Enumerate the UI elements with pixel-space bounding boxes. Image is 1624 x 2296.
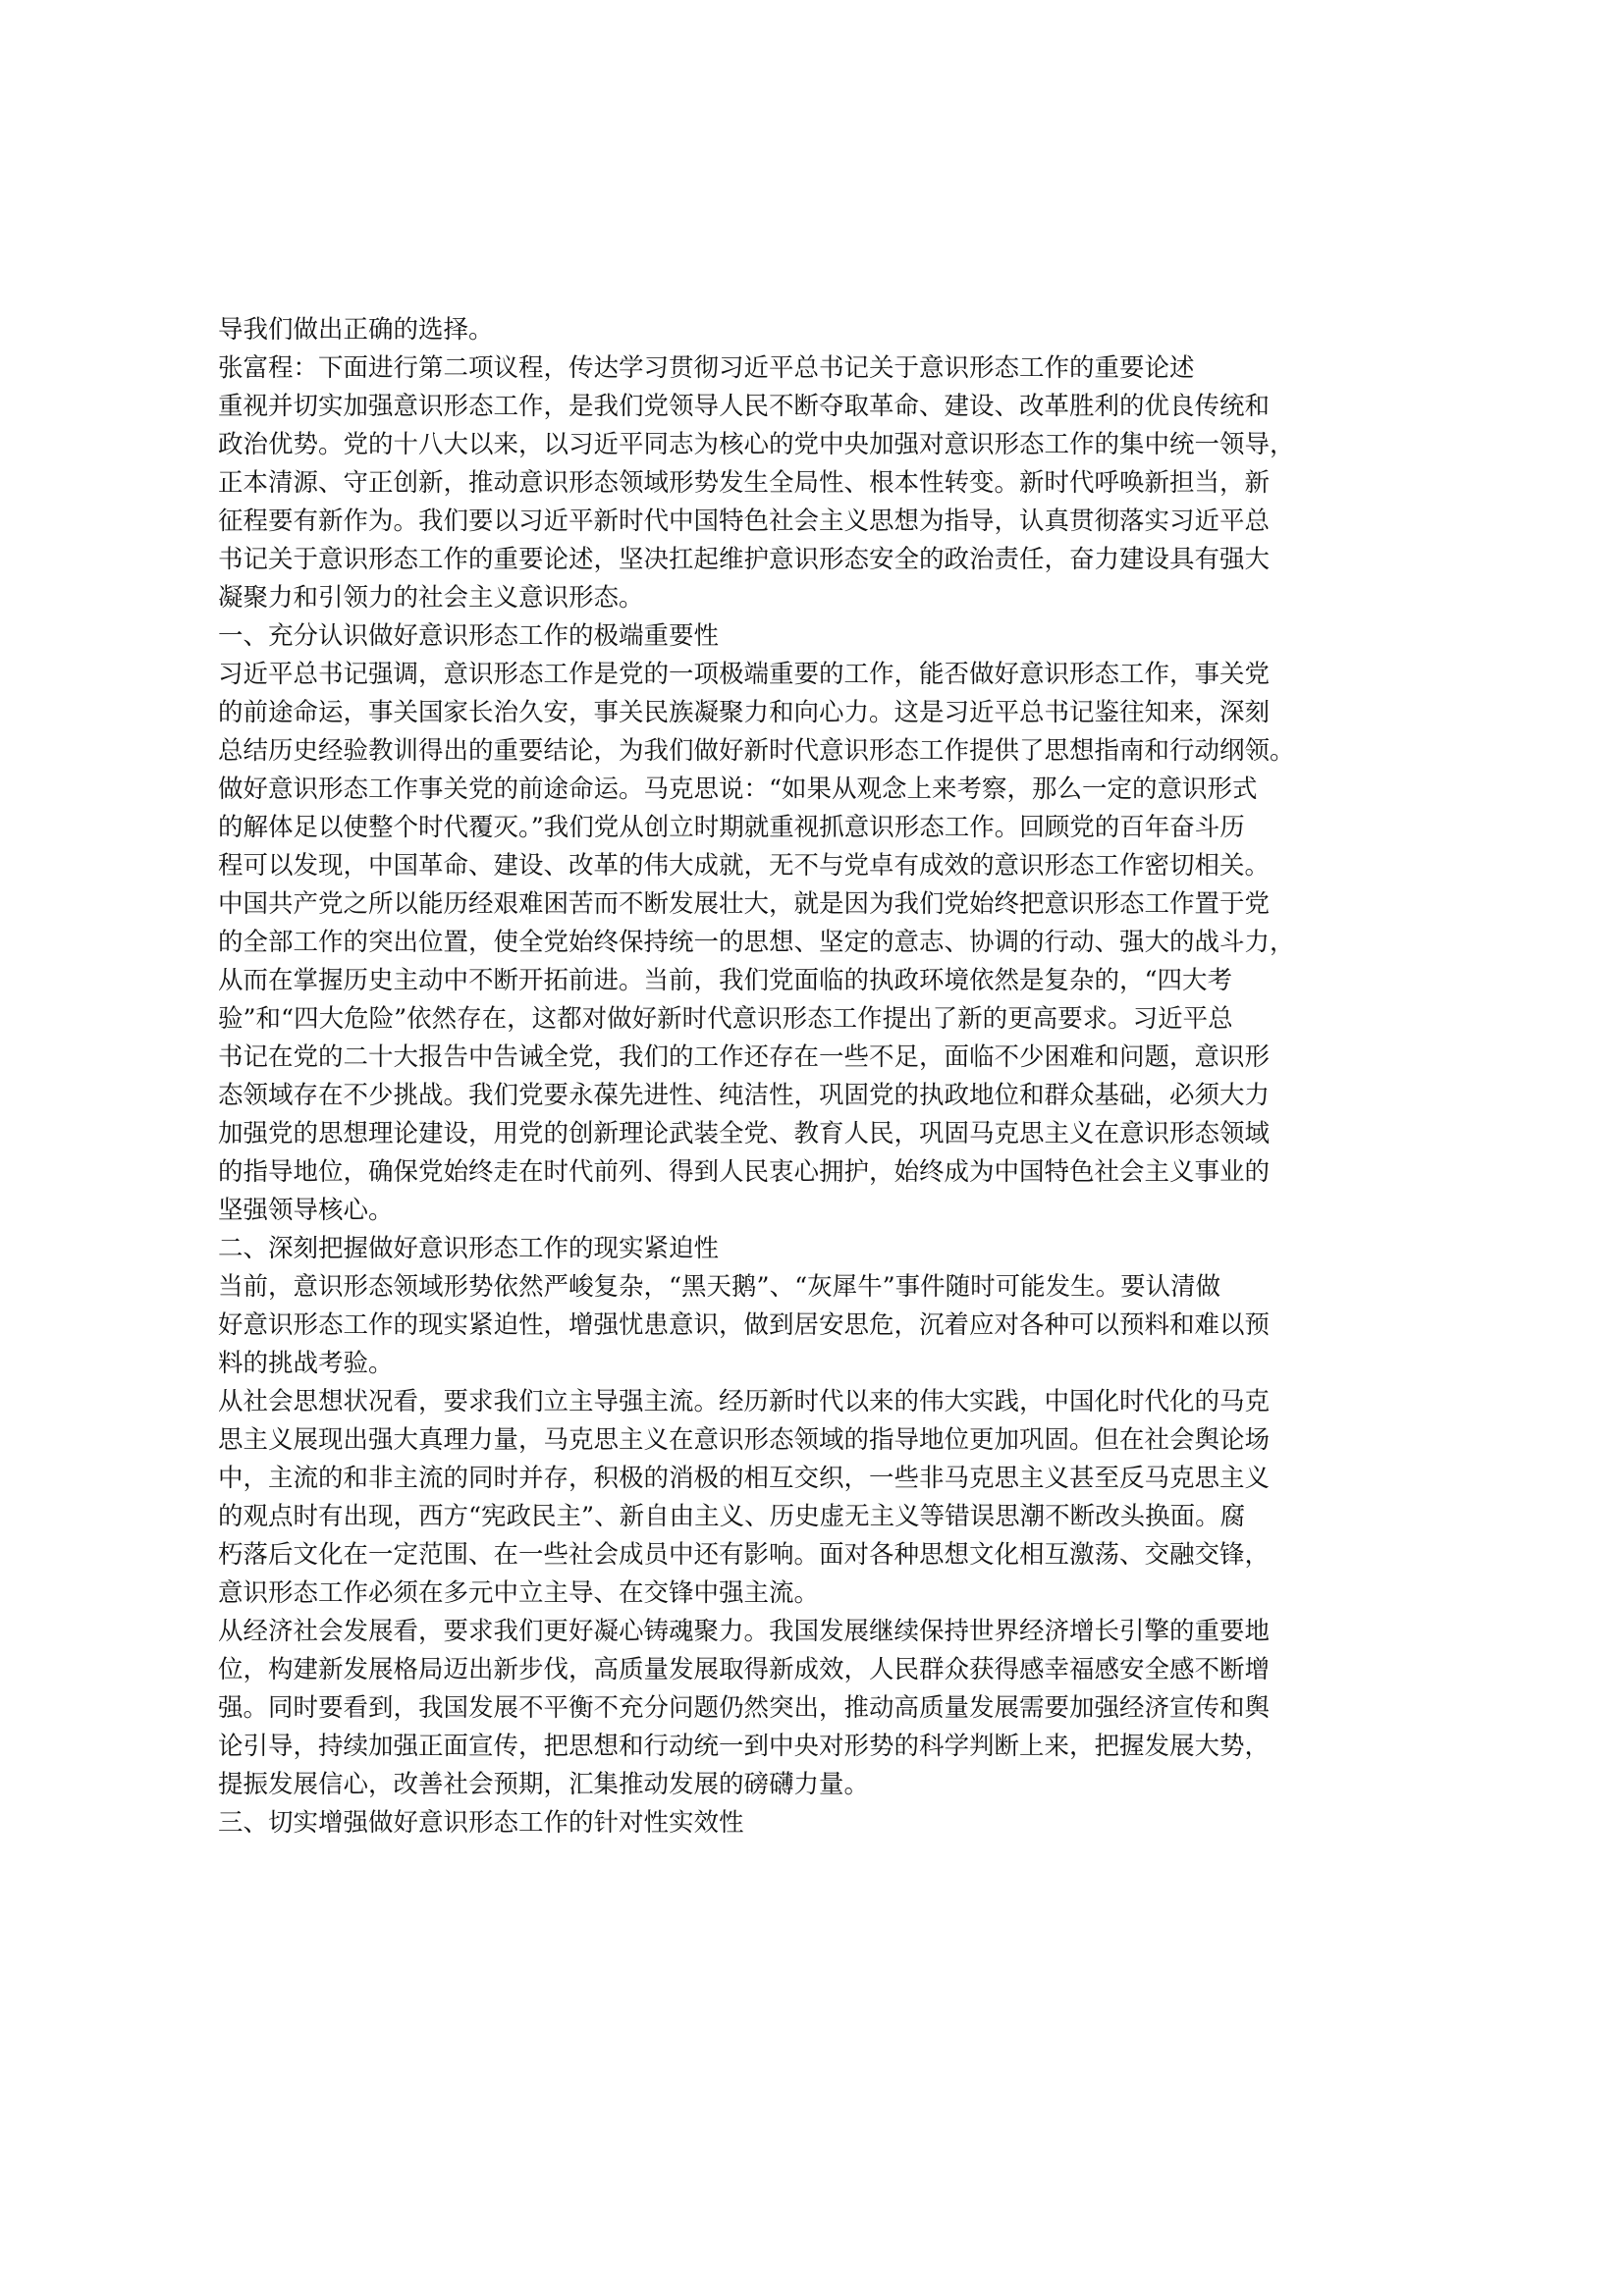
text-line: 书记关于意识形态工作的重要论述，坚决扛起维护意识形态安全的政治责任，奋力建设具有… [218,541,1455,579]
text-line: 程可以发现，中国革命、建设、改革的伟大成就，无不与党卓有成效的意识形态工作密切相… [218,847,1455,885]
text-line: 政治优势。党的十八大以来，以习近平同志为核心的党中央加强对意识形态工作的集中统一… [218,426,1455,464]
text-line: 从社会思想状况看，要求我们立主导强主流。经历新时代以来的伟大实践，中国化时代化的… [218,1383,1455,1421]
text-line: 提振发展信心，改善社会预期，汇集推动发展的磅礴力量。 [218,1766,1455,1804]
text-line: 书记在党的二十大报告中告诫全党，我们的工作还存在一些不足，面临不少困难和问题，意… [218,1039,1455,1077]
text-line: 加强党的思想理论建设，用党的创新理论武装全党、教育人民，巩固马克思主义在意识形态… [218,1115,1455,1153]
text-line: 的前途命运，事关国家长治久安，事关民族凝聚力和向心力。这是习近平总书记鉴往知来，… [218,694,1455,732]
text-line: 态领域存在不少挑战。我们党要永葆先进性、纯洁性，巩固党的执政地位和群众基础，必须… [218,1077,1455,1115]
text-line: 重视并切实加强意识形态工作，是我们党领导人民不断夺取革命、建设、改革胜利的优良传… [218,388,1455,426]
text-line: 位，构建新发展格局迈出新步伐，高质量发展取得新成效，人民群众获得感幸福感安全感不… [218,1651,1455,1689]
speaker-line: 张富程：下面进行第二项议程，传达学习贯彻习近平总书记关于意识形态工作的重要论述 [218,349,1455,388]
text-line: 论引导，持续加强正面宣传，把思想和行动统一到中央对形势的科学判断上来，把握发展大… [218,1728,1455,1766]
section-heading-3: 三、切实增强做好意识形态工作的针对性实效性 [218,1804,1455,1842]
text-line: 坚强领导核心。 [218,1192,1455,1230]
section-heading-1: 一、充分认识做好意识形态工作的极端重要性 [218,617,1455,656]
text-line: 凝聚力和引领力的社会主义意识形态。 [218,579,1455,617]
text-line: 好意识形态工作的现实紧迫性，增强忧患意识，做到居安思危，沉着应对各种可以预料和难… [218,1307,1455,1345]
document-page: 导我们做出正确的选择。 张富程：下面进行第二项议程，传达学习贯彻习近平总书记关于… [0,0,1624,2296]
text-line: 总结历史经验教训得出的重要结论，为我们做好新时代意识形态工作提供了思想指南和行动… [218,732,1455,771]
text-line: 料的挑战考验。 [218,1345,1455,1383]
text-line: 强。同时要看到，我国发展不平衡不充分问题仍然突出，推动高质量发展需要加强经济宣传… [218,1689,1455,1728]
text-line: 朽落后文化在一定范围、在一些社会成员中还有影响。面对各种思想文化相互激荡、交融交… [218,1536,1455,1575]
text-line: 从而在掌握历史主动中不断开拓前进。当前，我们党面临的执政环境依然是复杂的，“四大… [218,962,1455,1000]
document-body: 导我们做出正确的选择。 张富程：下面进行第二项议程，传达学习贯彻习近平总书记关于… [218,311,1455,1842]
text-line: 意识形态工作必须在多元中立主导、在交锋中强主流。 [218,1575,1455,1613]
text-line: 的全部工作的突出位置，使全党始终保持统一的思想、坚定的意志、协调的行动、强大的战… [218,924,1455,962]
text-line: 验”和“四大危险”依然存在，这都对做好新时代意识形态工作提出了新的更高要求。习近… [218,1000,1455,1039]
section-heading-2: 二、深刻把握做好意识形态工作的现实紧迫性 [218,1230,1455,1268]
text-line: 当前，意识形态领域形势依然严峻复杂，“黑天鹅”、“灰犀牛”事件随时可能发生。要认… [218,1268,1455,1307]
text-line: 从经济社会发展看，要求我们更好凝心铸魂聚力。我国发展继续保持世界经济增长引擎的重… [218,1613,1455,1651]
text-line: 的指导地位，确保党始终走在时代前列、得到人民衷心拥护，始终成为中国特色社会主义事… [218,1153,1455,1192]
text-line: 的解体足以使整个时代覆灭。”我们党从创立时期就重视抓意识形态工作。回顾党的百年奋… [218,809,1455,847]
text-line: 中，主流的和非主流的同时并存，积极的消极的相互交织，一些非马克思主义甚至反马克思… [218,1460,1455,1498]
text-line: 做好意识形态工作事关党的前途命运。马克思说：“如果从观念上来考察，那么一定的意识… [218,771,1455,809]
text-line: 的观点时有出现，西方“宪政民主”、新自由主义、历史虚无主义等错误思潮不断改头换面… [218,1498,1455,1536]
text-line: 导我们做出正确的选择。 [218,311,1455,349]
text-line: 征程要有新作为。我们要以习近平新时代中国特色社会主义思想为指导，认真贯彻落实习近… [218,503,1455,541]
text-line: 中国共产党之所以能历经艰难困苦而不断发展壮大，就是因为我们党始终把意识形态工作置… [218,885,1455,924]
text-line: 习近平总书记强调，意识形态工作是党的一项极端重要的工作，能否做好意识形态工作，事… [218,656,1455,694]
text-line: 思主义展现出强大真理力量，马克思主义在意识形态领域的指导地位更加巩固。但在社会舆… [218,1421,1455,1460]
text-line: 正本清源、守正创新，推动意识形态领域形势发生全局性、根本性转变。新时代呼唤新担当… [218,464,1455,503]
